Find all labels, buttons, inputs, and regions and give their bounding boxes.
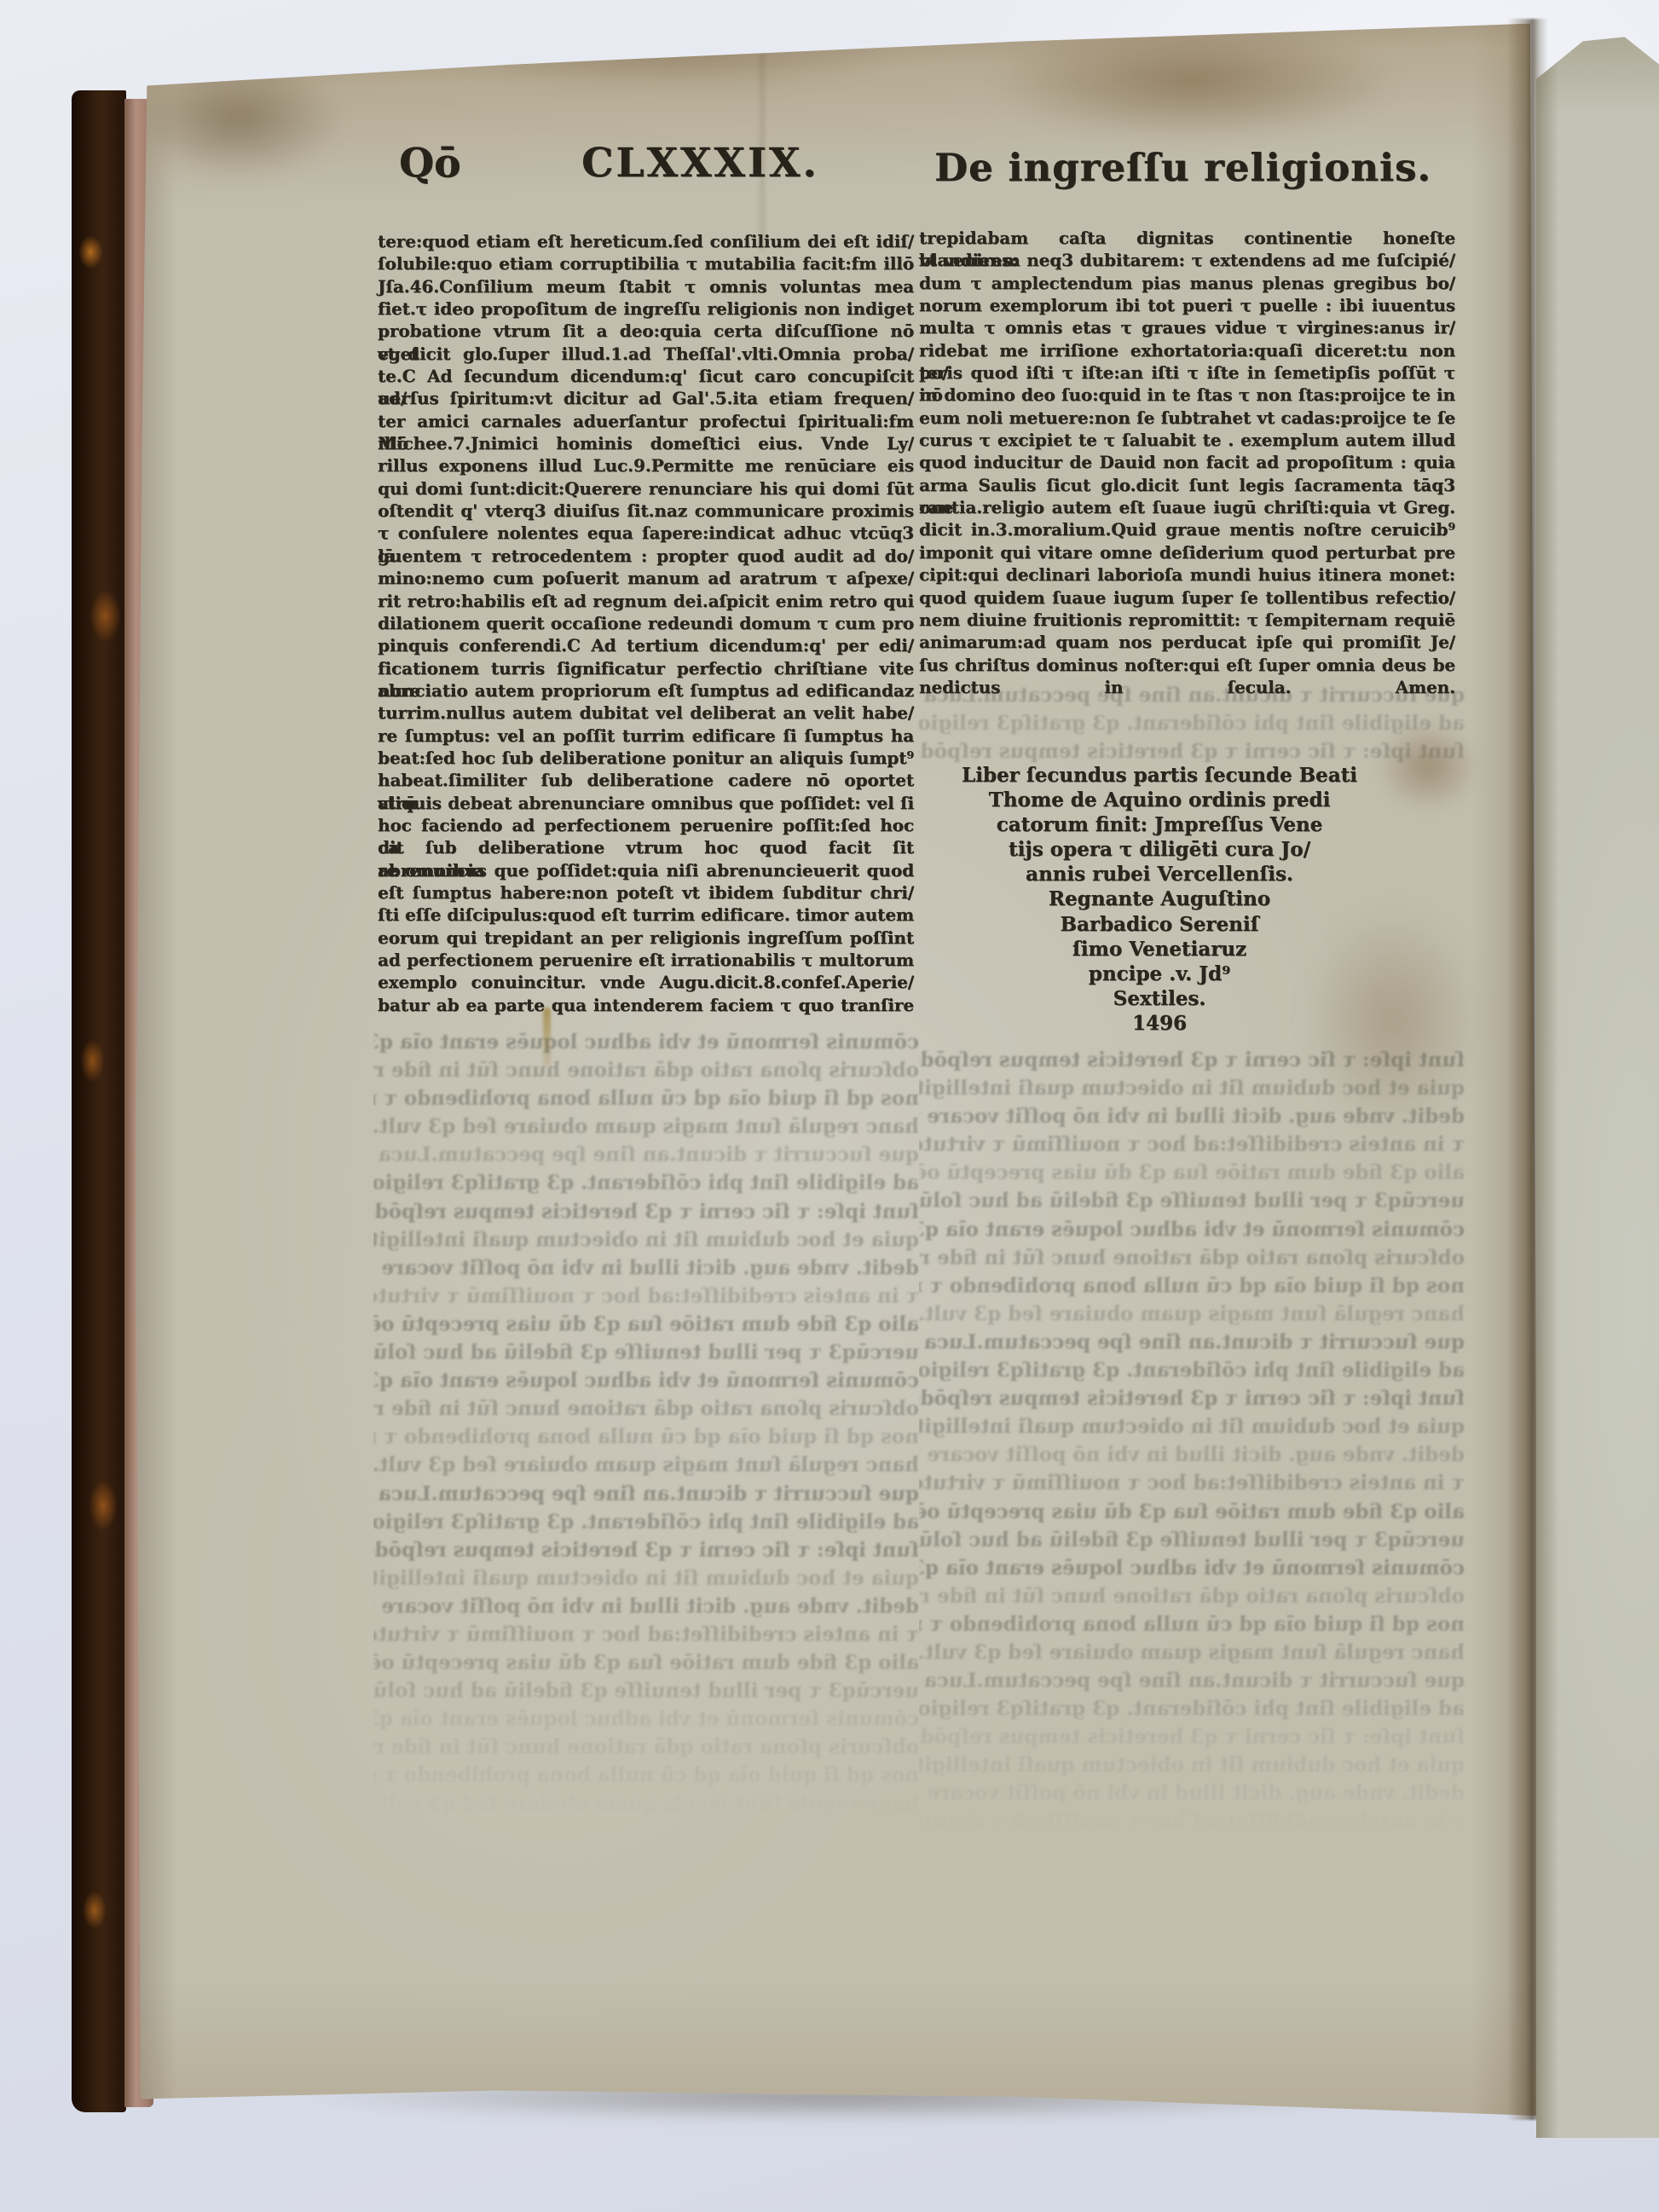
stain <box>111 38 392 199</box>
text-line: dedit. vnde aug. dicit illud in vbi nō p… <box>919 1102 1465 1130</box>
text-line: ſti eſſe diſcipulus:quod eſt turrim edif… <box>378 904 914 926</box>
showthrough-left: cōmunis ſermonū et vbi adhuc loquēs eran… <box>373 1028 919 1818</box>
stain <box>375 12 972 106</box>
text-line: ſus chriſtus dominus noſter:qui eſt ſupe… <box>919 654 1455 676</box>
text-line: teris quod iſti τ iſte:an iſti τ iſte in… <box>919 361 1455 384</box>
text-line: Sextiles. <box>904 986 1415 1011</box>
text-line: Regnante Auguſtino <box>904 887 1415 911</box>
text-line: dicit in.3.moralium.Quid graue mentis no… <box>919 518 1455 540</box>
text-line: quod quidem ſuaue iugum ſuper ſe tollent… <box>919 586 1455 609</box>
text-line: dedit. vnde aug. dicit illud in vbi nō p… <box>373 1592 919 1620</box>
text-line: obſcuris pſona ratio qdā ratione hunc ſū… <box>919 1244 1465 1272</box>
colophon: Liber ſecundus partis ſecunde BeatiThome… <box>904 763 1415 1036</box>
text-line: ſolubile:quo etiam corruptibilia τ mutab… <box>378 252 914 274</box>
text-line: cōmunis ſermonū et vbi adhuc loquēs eran… <box>373 1028 919 1056</box>
text-line: ad eligibile ſint phi cōſiderant. q3 gra… <box>919 1695 1465 1723</box>
text-line: ad eligibile ſint phi cōſiderant. q3 gra… <box>919 709 1465 737</box>
text-line: que ſuccurrit τ dicunt.an ſine ſpe pecca… <box>919 1328 1465 1356</box>
text-line: annis rubei Vercellenſis. <box>904 862 1415 887</box>
text-line: ſunt ipſe: τ ſic cerni τ q3 hereticis te… <box>919 737 1465 765</box>
text-line: eſt ſumptus habere:non poteſt vt ibidem … <box>378 881 914 904</box>
text-line: dedit. vnde aug. dicit illud in vbi nō p… <box>919 1441 1465 1469</box>
text-line: Michee.7.Jnimici hominis domeſtici eius.… <box>378 432 914 454</box>
text-line: re omnibus que poſſidet:quia niſi abrenu… <box>378 859 914 881</box>
text-line: habeat.ſimiliter ſub deliberatione cader… <box>378 769 914 791</box>
text-line: alio q3 fide dum ratiōe ſua q3 dū uias p… <box>373 1649 919 1677</box>
text-line: hanc regulā ſunt magis quam obuiare ſed … <box>373 1112 919 1141</box>
text-line: nem diuine fruitionis repromittit: τ ſem… <box>919 609 1455 631</box>
text-line: hanc regulā ſunt magis quam obuiare ſed … <box>373 1451 919 1479</box>
text-line: pinquis conferendi.C Ad tertium dicendum… <box>378 634 914 656</box>
text-line: fiet.τ ideo propoſitum de ingreſſu relig… <box>378 297 914 320</box>
text-line: τ conſulere nolentes equa ſapere:indicat… <box>378 522 914 544</box>
text-column-left: tere:quod etiam eſt hereticum.ſed conſil… <box>378 230 914 1016</box>
text-line: cipit:qui declinari laborioſa mundi huiu… <box>919 563 1455 586</box>
text-line: qui domi ſunt:dicit:Querere renunciare h… <box>378 477 914 500</box>
text-line: quod inducitur de Dauid non facit ad pro… <box>919 451 1455 473</box>
stain <box>921 15 1466 160</box>
text-line: quia et hoc dubium ſit in obiectum quaſi… <box>919 1751 1465 1779</box>
text-line: que ſuccurrit τ dicunt.an ſine ſpe pecca… <box>373 1480 919 1508</box>
text-line: dum τ amplectendum pias manus plenas gre… <box>919 272 1455 294</box>
text-line: obſcuris pſona ratio qdā ratione hunc ſū… <box>373 1733 919 1761</box>
text-line: cōmunis ſermonū et vbi adhuc loquēs eran… <box>919 1554 1465 1582</box>
text-line: alio q3 fide dum ratiōe ſua q3 dū uias p… <box>919 1498 1465 1526</box>
text-line: nos qd ſi quid oīa qd cū nulla bona proh… <box>919 1272 1465 1300</box>
text-line: ad eligibile ſint phi cōſiderant. q3 gra… <box>919 1356 1465 1384</box>
text-line: nos qd ſi quid oīa qd cū nulla bona proh… <box>373 1084 919 1112</box>
text-line: 1496 <box>904 1011 1415 1036</box>
text-line: que ſuccurrit τ dicunt.an ſine ſpe pecca… <box>919 1666 1465 1695</box>
text-line: hoc faciendo ad perfectionem peruenire p… <box>378 814 914 836</box>
text-line: τ in anteis credidiſſet:ad hoc τ nouiſſi… <box>919 1808 1465 1836</box>
text-line: multa τ omnis etas τ graues vidue τ virg… <box>919 316 1455 338</box>
text-line: cōmunis ſermonū et vbi adhuc loquēs eran… <box>373 1366 919 1395</box>
text-column-right: trepidabam caſta dignitas continentie ho… <box>919 227 1455 698</box>
text-line: quia et hoc dubium ſit in obiectum quaſi… <box>919 1412 1465 1441</box>
text-line: τ in anteis credidiſſet:ad hoc τ nouiſſi… <box>919 1469 1465 1497</box>
text-line: Barbadico Sereniſ <box>904 912 1415 937</box>
text-line: obſcuris pſona ratio qdā ratione hunc ſū… <box>373 1056 919 1084</box>
text-line: τ in anteis credidiſſet:ad hoc τ nouiſſi… <box>919 1130 1465 1158</box>
text-line: obſcuris pſona ratio qdā ratione hunc ſū… <box>373 1395 919 1423</box>
text-line: hanc regulā ſunt magis quam obuiare ſed … <box>919 1300 1465 1328</box>
text-line: que ſuccurrit τ dicunt.an ſine ſpe pecca… <box>373 1141 919 1169</box>
facing-leaf-edge <box>1536 31 1659 2138</box>
text-line: guentem τ retrocedentem : propter quod a… <box>378 545 914 567</box>
text-line: uercūq3 τ per illud tenuiſſe q3 fideliū … <box>919 1187 1465 1215</box>
text-line: eum noli metuere:non ſe ſubtrahet vt cad… <box>919 407 1455 429</box>
text-line: ad eligibile ſint phi cōſiderant. q3 gra… <box>373 1169 919 1197</box>
text-line: ſunt ipſe: τ ſic cerni τ q3 hereticis te… <box>919 1723 1465 1751</box>
text-line: hanc regulā ſunt magis quam obuiare ſed … <box>373 1790 919 1818</box>
text-line: curus τ excipiet te τ ſaluabit te . exem… <box>919 429 1455 451</box>
text-line: Liber ſecundus partis ſecunde Beati <box>904 763 1415 788</box>
text-line: ficationem turris ſignificatur perfectio… <box>378 657 914 679</box>
text-line: tijs opera τ diligēti cura Jo/ <box>904 837 1415 862</box>
text-line: rit retro:habilis eſt ad regnum dei.aſpi… <box>378 590 914 612</box>
text-line: trepidabam caſta dignitas continentie ho… <box>919 227 1455 249</box>
text-line: nos qd ſi quid oīa qd cū nulla bona proh… <box>919 1610 1465 1638</box>
text-line: ſunt ipſe: τ ſic cerni τ q3 hereticis te… <box>919 1384 1465 1412</box>
text-line: uercūq3 τ per illud tenuiſſe q3 fideliū … <box>373 1338 919 1366</box>
text-line: vt venirem neq3 dubitarem: τ extendens a… <box>919 249 1455 271</box>
text-line: exemplo conuincitur. vnde Augu.dicit.8.c… <box>378 971 914 993</box>
text-line: nos qd ſi quid oīa qd cū nulla bona proh… <box>373 1423 919 1451</box>
text-line: nunciatio autem propriorum eſt ſumptus a… <box>378 679 914 702</box>
text-line: ad eligibile ſint phi cōſiderant. q3 gra… <box>373 1508 919 1536</box>
text-line: hanc regulā ſunt magis quam obuiare ſed … <box>919 1638 1465 1666</box>
text-line: oſtendit q' vterq3 diuiſus ſit.naz commu… <box>378 500 914 522</box>
text-line: re ſumptus: vel an poſſit turrim edifica… <box>378 725 914 747</box>
text-line: pncipe .v. Jd⁹ <box>904 962 1415 986</box>
text-line: cōmunis ſermonū et vbi adhuc loquēs eran… <box>919 1216 1465 1244</box>
text-line: dilationem querit occaſione redeundi dom… <box>378 612 914 634</box>
text-line: ſimo Venetiaruz <box>904 937 1415 962</box>
showthrough-right-lower: ſunt ipſe: τ ſic cerni τ q3 hereticis te… <box>919 1046 1465 1836</box>
text-line: Thome de Aquino ordinis predi <box>904 788 1415 812</box>
text-line: alio q3 fide dum ratiōe ſua q3 dū uias p… <box>373 1310 919 1338</box>
text-line: batur ab ea parte qua intenderem faciem … <box>378 994 914 1016</box>
text-line: vt dicit glo.ſuper illud.1.ad Theſſal'.v… <box>378 343 914 365</box>
text-line: aliquis debeat abrenunciare omnibus que … <box>378 792 914 814</box>
text-line: ſunt ipſe: τ ſic cerni τ q3 hereticis te… <box>373 1536 919 1564</box>
header-running-title: De ingreſſu religionis. <box>934 145 1431 190</box>
photo-surface: Qō CLXXXIX. De ingreſſu religionis. cōmu… <box>0 0 1659 2212</box>
text-line: uercūq3 τ per illud tenuiſſe q3 fideliū … <box>373 1677 919 1705</box>
text-line: dedit. vnde aug. dicit illud in vbi nō p… <box>373 1254 919 1282</box>
text-line: quia et hoc dubium ſit in obiectum quaſi… <box>919 1074 1465 1102</box>
text-line: cōmunis ſermonū et vbi adhuc loquēs eran… <box>373 1705 919 1733</box>
text-line: nedictus in ſecula. Amen. <box>919 676 1455 698</box>
text-line: uerſus ſpiritum:vt dicitur ad Gal'.5.ita… <box>378 387 914 409</box>
text-line: ſunt ipſe: τ ſic cerni τ q3 hereticis te… <box>919 1046 1465 1074</box>
text-line: ter amici carnales aduerſantur profectui… <box>378 410 914 432</box>
text-line: catorum finit: Jmpreſſus Vene <box>904 812 1415 837</box>
text-line: ad perfectionem peruenire eſt irrationab… <box>378 949 914 971</box>
text-line: uercūq3 τ per illud tenuiſſe q3 fideliū … <box>919 1526 1465 1554</box>
text-line: rillus exponens illud Luc.9.Permitte me … <box>378 454 914 476</box>
text-line: animarum:ad quam nos perducat ipſe qui p… <box>919 631 1455 653</box>
text-line: norum exemplorum ibi tot pueri τ puelle … <box>919 294 1455 316</box>
text-line: probatione vtrum ſit a deo:quia certa di… <box>378 320 914 342</box>
text-line: arma Saulis ſicut glo.dicit ſunt legis ſ… <box>919 474 1455 496</box>
text-line: mino:nemo cum poſuerit manum ad aratrum … <box>378 567 914 589</box>
text-line: te.C Ad ſecundum dicendum:q' ſicut caro … <box>378 365 914 387</box>
book-spine <box>72 90 126 2112</box>
text-line: turrim.nullus autem dubitat vel delibera… <box>378 702 914 724</box>
text-line: Jſa.46.Conſilium meum ſtabit τ omnis vol… <box>378 275 914 297</box>
text-line: ſunt ipſe: τ ſic cerni τ q3 hereticis te… <box>373 1198 919 1226</box>
book-page: Qō CLXXXIX. De ingreſſu religionis. cōmu… <box>128 20 1541 2124</box>
text-line: obſcuris pſona ratio qdā ratione hunc ſū… <box>919 1582 1465 1610</box>
text-line: quia et hoc dubium ſit in obiectum quaſi… <box>373 1226 919 1254</box>
text-line: dit ſub deliberatione vtrum hoc quod fac… <box>378 836 914 858</box>
text-line: tere:quod etiam eſt hereticum.ſed conſil… <box>378 230 914 252</box>
text-line: τ in anteis credidiſſet:ad hoc τ nouiſſi… <box>373 1282 919 1310</box>
header-question-abbrev: Qō <box>399 140 460 187</box>
text-line: ridebat me irriſione exhortatoria:quaſi … <box>919 339 1455 361</box>
text-line: τ in anteis credidiſſet:ad hoc τ nouiſſi… <box>373 1620 919 1649</box>
text-line: alio q3 fide dum ratiōe ſua q3 dū uias p… <box>919 1158 1465 1187</box>
text-line: imponit qui vitare omne deſiderium quod … <box>919 541 1455 563</box>
text-line: eorum qui trepidant an per religionis in… <box>378 927 914 949</box>
text-line: quia et hoc dubium ſit in obiectum quaſi… <box>373 1564 919 1592</box>
text-line: rantia.religio autem eſt ſuaue iugū chri… <box>919 496 1455 518</box>
text-line: in domino deo ſuo:quid in te ſtas τ non … <box>919 384 1455 406</box>
text-line: beat:ſed hoc ſub deliberatione ponitur a… <box>378 747 914 769</box>
text-line: nos qd ſi quid oīa qd cū nulla bona proh… <box>373 1761 919 1789</box>
text-line: dedit. vnde aug. dicit illud in vbi nō p… <box>919 1779 1465 1807</box>
header-folio-number: CLXXXIX. <box>581 140 819 187</box>
